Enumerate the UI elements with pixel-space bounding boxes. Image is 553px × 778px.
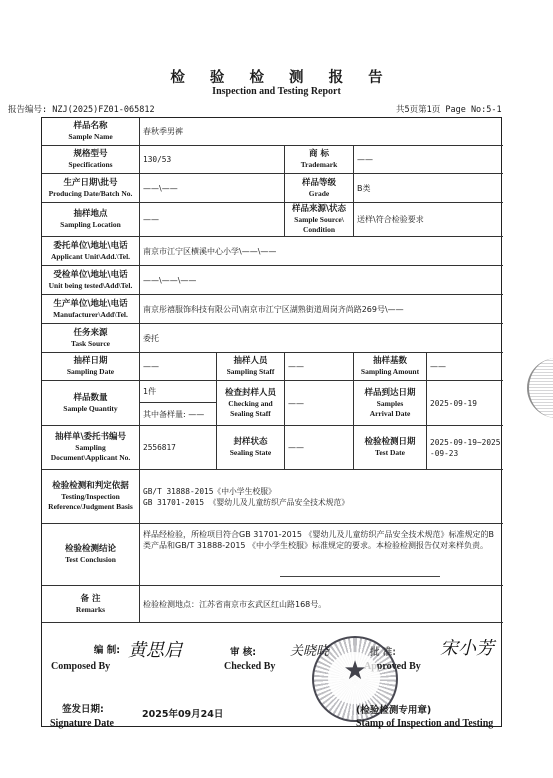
label-sampling-date: 抽样日期Sampling Date	[42, 353, 140, 381]
label-trademark: 商 标Trademark	[285, 146, 354, 174]
composed-by-label: 编 制:	[70, 642, 120, 656]
label-arrival-date: 样品到达日期SamplesArrival Date	[354, 381, 427, 426]
value-document-no: 2556817	[140, 426, 217, 470]
label-unit-tested: 受检单位\地址\电话Unit being tested\Add\Tel.	[42, 266, 140, 295]
page-number: 共5页第1页 Page No:5-1	[396, 103, 502, 115]
label-specifications: 规格型号Specifications	[42, 146, 140, 174]
label-sample-source: 样品来源\状态Sample Source\Condition	[285, 203, 354, 237]
value-sealing-staff: ——	[285, 381, 354, 426]
composed-signature: 黄思启	[128, 636, 182, 662]
label-basis: 检验检测和判定依据Testing/InspectionReference/Jud…	[42, 470, 140, 524]
report-title-cn: 检 验 检 测 报 告	[0, 66, 553, 87]
value-sample-source: 送样\符合检验要求	[354, 203, 503, 237]
value-conclusion: 样品经检验，所检项目符合GB 31701-2015 《婴幼儿及儿童纺织产品安全技…	[140, 524, 503, 586]
label-task-source: 任务来源Task Source	[42, 324, 140, 353]
label-test-date: 检验检测日期Test Date	[354, 426, 427, 470]
label-sealing-state: 封样状态Sealing State	[217, 426, 285, 470]
value-manufacturer: 南京彤禧服饰科技有限公司\南京市江宁区湖熟街道周岗齐尚路269号\——	[140, 295, 503, 324]
label-manufacturer: 生产单位\地址\电话Manufacturer\Add\Tel.	[42, 295, 140, 324]
value-arrival-date: 2025-09-19	[427, 381, 503, 426]
label-sampling-amount: 抽样基数Sampling Amount	[354, 353, 427, 381]
value-sample-name: 春秋季男裤	[140, 118, 503, 146]
value-applicant: 南京市江宁区横溪中心小学\——\——	[140, 237, 503, 266]
composed-by-en: Composed By	[51, 656, 110, 674]
basis-line-2: GB 31701-2015 《婴幼儿及儿童纺织产品安全技术规范》	[143, 497, 503, 508]
stamp-label-en: Stamp of Inspection and Testing	[356, 713, 493, 731]
label-applicant: 委托单位\地址\电话Applicant Unit\Add.\Tel.	[42, 237, 140, 266]
value-sampling-amount: ——	[427, 353, 503, 381]
basis-line-1: GB/T 31888-2015《中小学生校服》	[143, 486, 503, 497]
value-sealing-state: ——	[285, 426, 354, 470]
value-specifications: 130/53	[140, 146, 285, 174]
conclusion-divider	[280, 576, 440, 577]
value-sampling-date: ——	[140, 353, 217, 381]
label-producing-date: 生产日期\批号Producing Date/Batch No.	[42, 174, 140, 203]
report-table: 样品名称Sample Name 春秋季男裤 规格型号Specifications…	[41, 117, 502, 727]
label-conclusion: 检验检测结论Test Conclusion	[42, 524, 140, 586]
signature-date-en: Signature Date	[50, 713, 114, 731]
value-sampling-location: ——	[140, 203, 285, 237]
value-basis: GB/T 31888-2015《中小学生校服》 GB 31701-2015 《婴…	[140, 470, 503, 524]
value-trademark: ——	[354, 146, 503, 174]
signature-date-value: 2025年09月24日	[142, 706, 223, 720]
value-remarks: 检验检测地点：江苏省南京市玄武区红山路168号。	[140, 586, 503, 623]
seam-stamp	[527, 358, 553, 418]
star-icon: ★	[314, 656, 396, 686]
label-sample-quantity: 样品数量Sample Quantity	[42, 381, 140, 426]
label-document-no: 抽样单\委托书编号SamplingDocument\Applicant No.	[42, 426, 140, 470]
approved-signature: 宋小芳	[440, 634, 494, 660]
value-task-source: 委托	[140, 324, 503, 353]
value-producing-date: ——\——	[140, 174, 285, 203]
label-sample-name: 样品名称Sample Name	[42, 118, 140, 146]
value-sampling-staff: ——	[285, 353, 354, 381]
value-test-date: 2025-09-19~2025-09-23	[427, 426, 503, 470]
label-sampling-staff: 抽样人员Sampling Staff	[217, 353, 285, 381]
label-sealing-staff: 检查封样人员Checking andSealing Staff	[217, 381, 285, 426]
value-reserve-quantity: 其中备样量: ——	[140, 403, 217, 426]
report-number: 报告编号: NZJ(2025)FZ01-065812	[8, 103, 155, 115]
value-grade: B类	[354, 174, 503, 203]
conclusion-text: 样品经检验，所检项目符合GB 31701-2015 《婴幼儿及儿童纺织产品安全技…	[143, 529, 499, 551]
report-title-en: Inspection and Testing Report	[0, 86, 553, 97]
label-sampling-location: 抽样地点Sampling Location	[42, 203, 140, 237]
value-sample-quantity: 1件	[140, 381, 217, 403]
checked-by-en: Checked By	[224, 656, 275, 674]
label-remarks: 备 注Remarks	[42, 586, 140, 623]
label-grade: 样品等级Grade	[285, 174, 354, 203]
value-unit-tested: ——\——\——	[140, 266, 503, 295]
